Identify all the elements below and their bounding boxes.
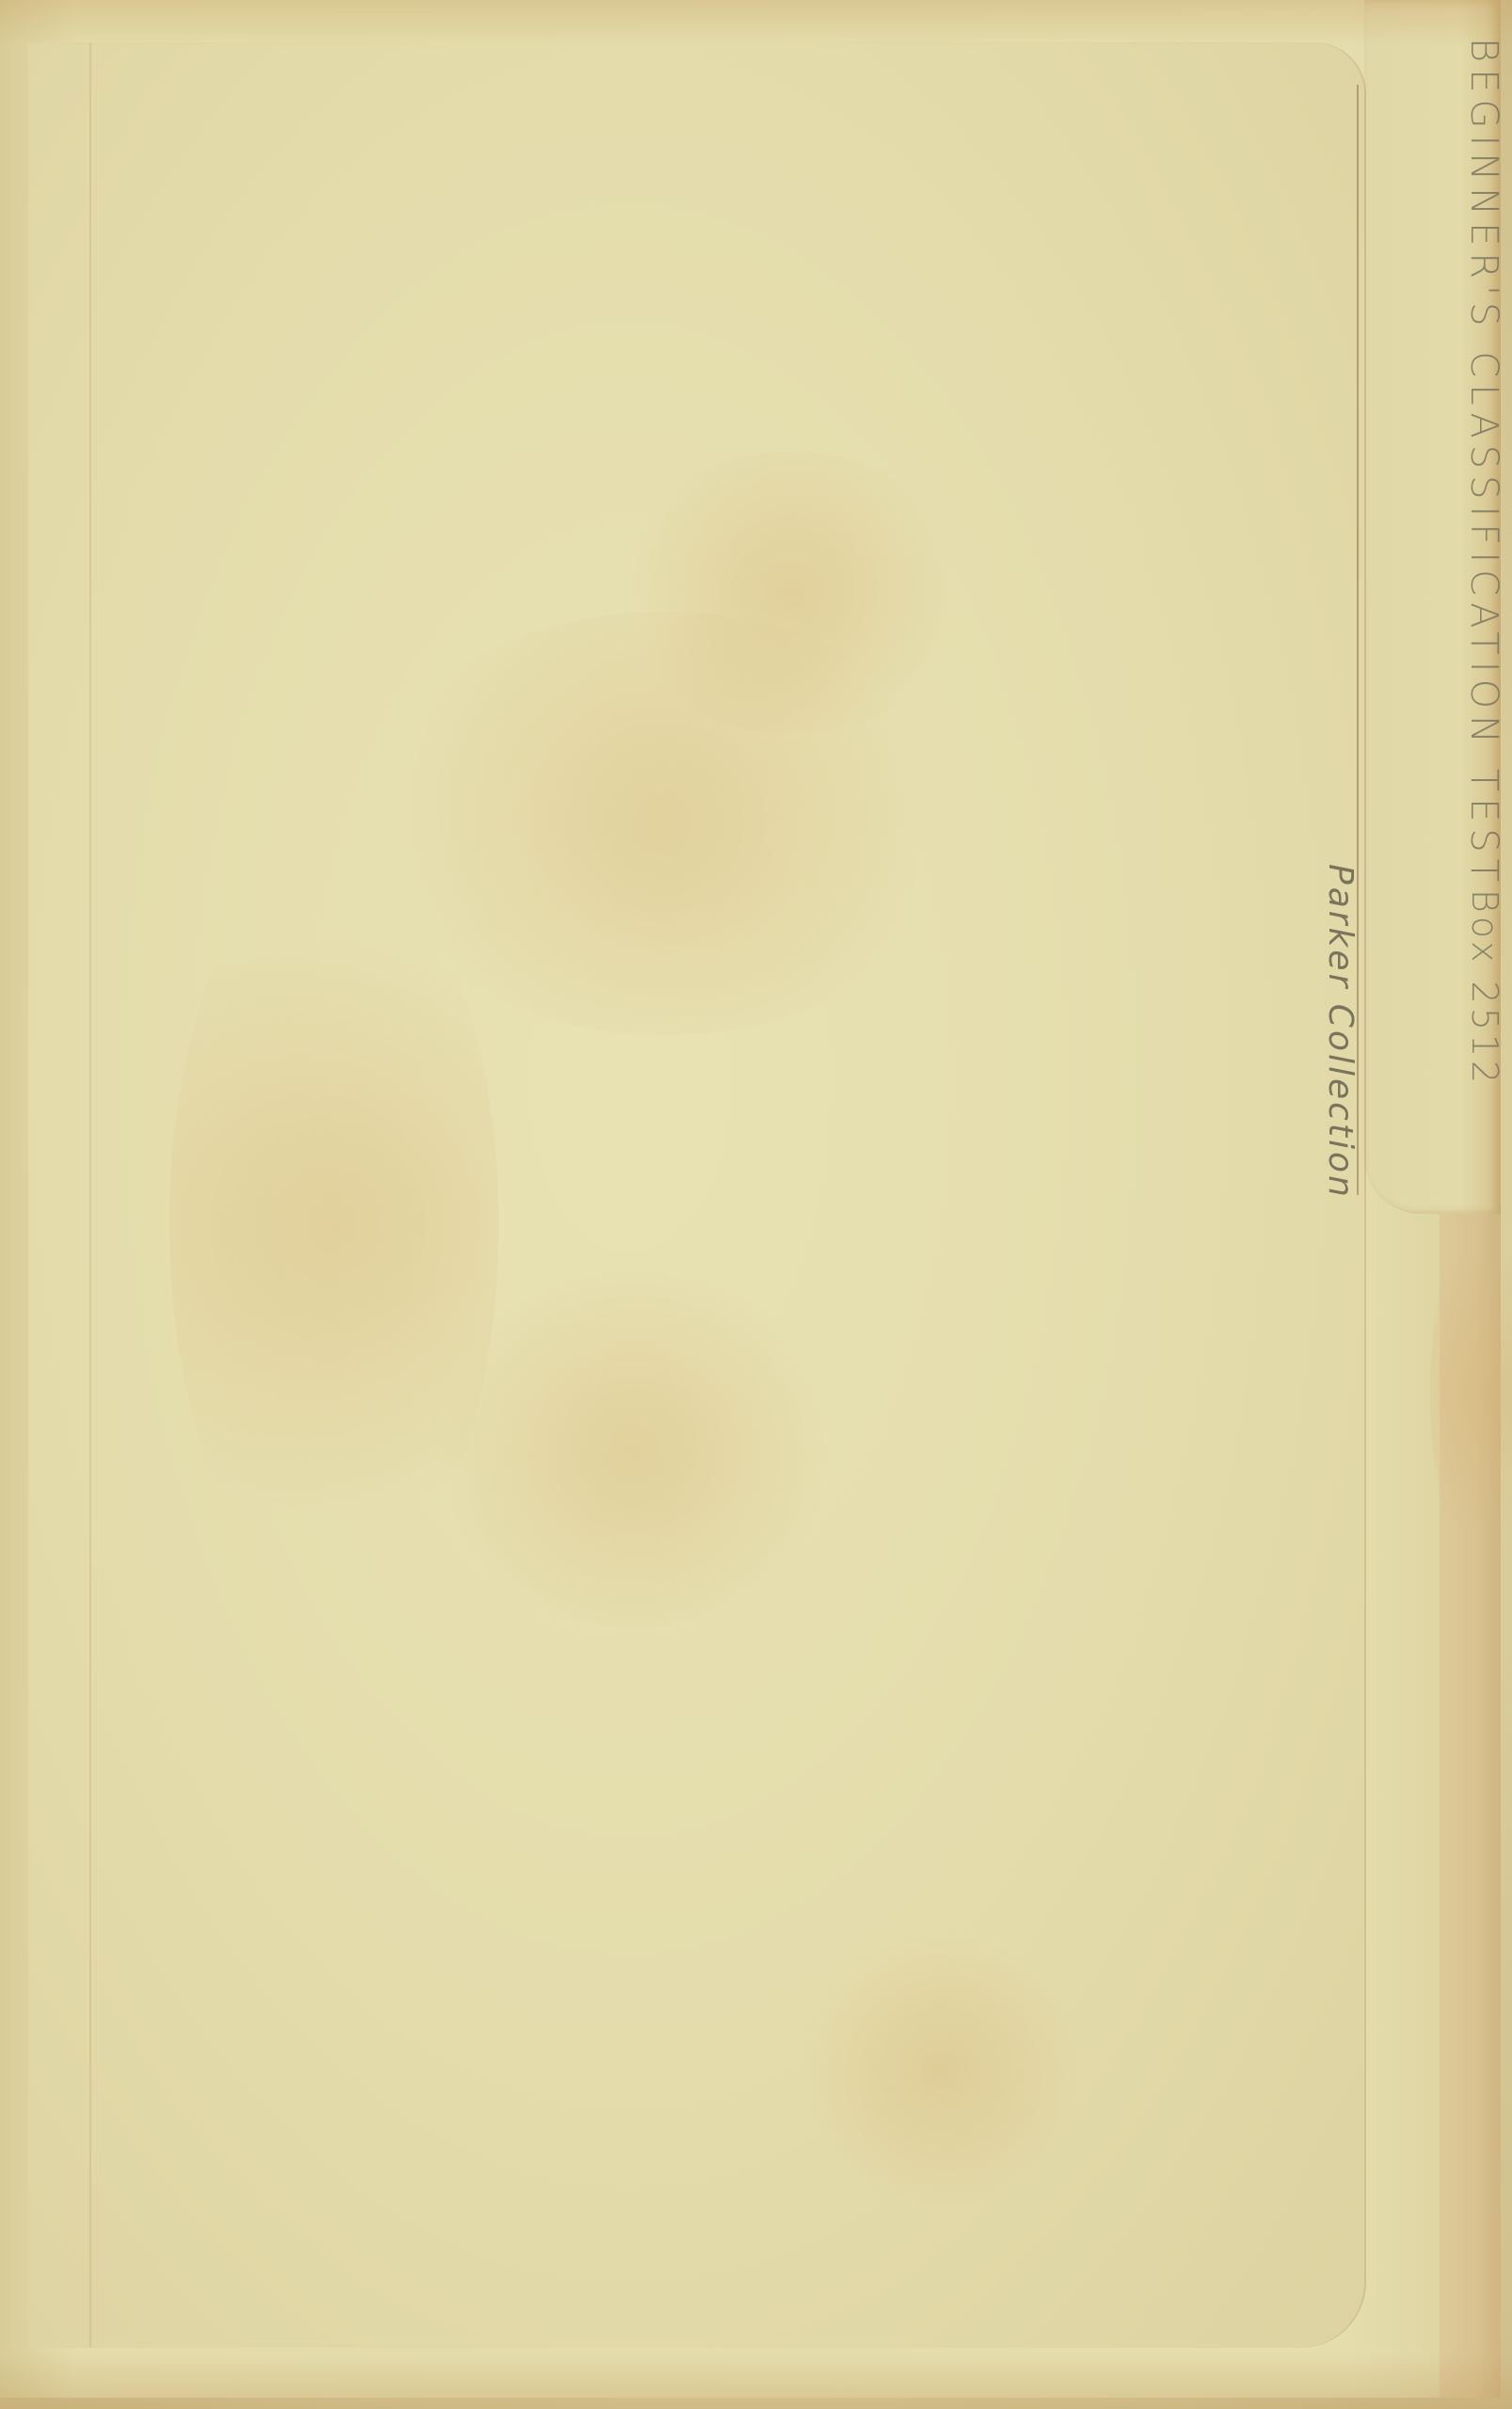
folder-scan: BEGINNER'S CLASSIFICATION TEST Box 2512 … [0,0,1512,2409]
stain-lower [800,1929,1082,2211]
stain-top [612,452,969,734]
bottom-edge-shadow [0,2353,1512,2409]
collection-annotation: Parker Collection [1321,864,1360,1200]
stain-left [169,847,499,1600]
tab-title-text: BEGINNER'S CLASSIFICATION TEST [1462,38,1505,888]
fold-line [89,42,91,2348]
box-number-text: Box 2512 [1464,889,1505,1087]
top-edge-shadow [0,0,1512,47]
